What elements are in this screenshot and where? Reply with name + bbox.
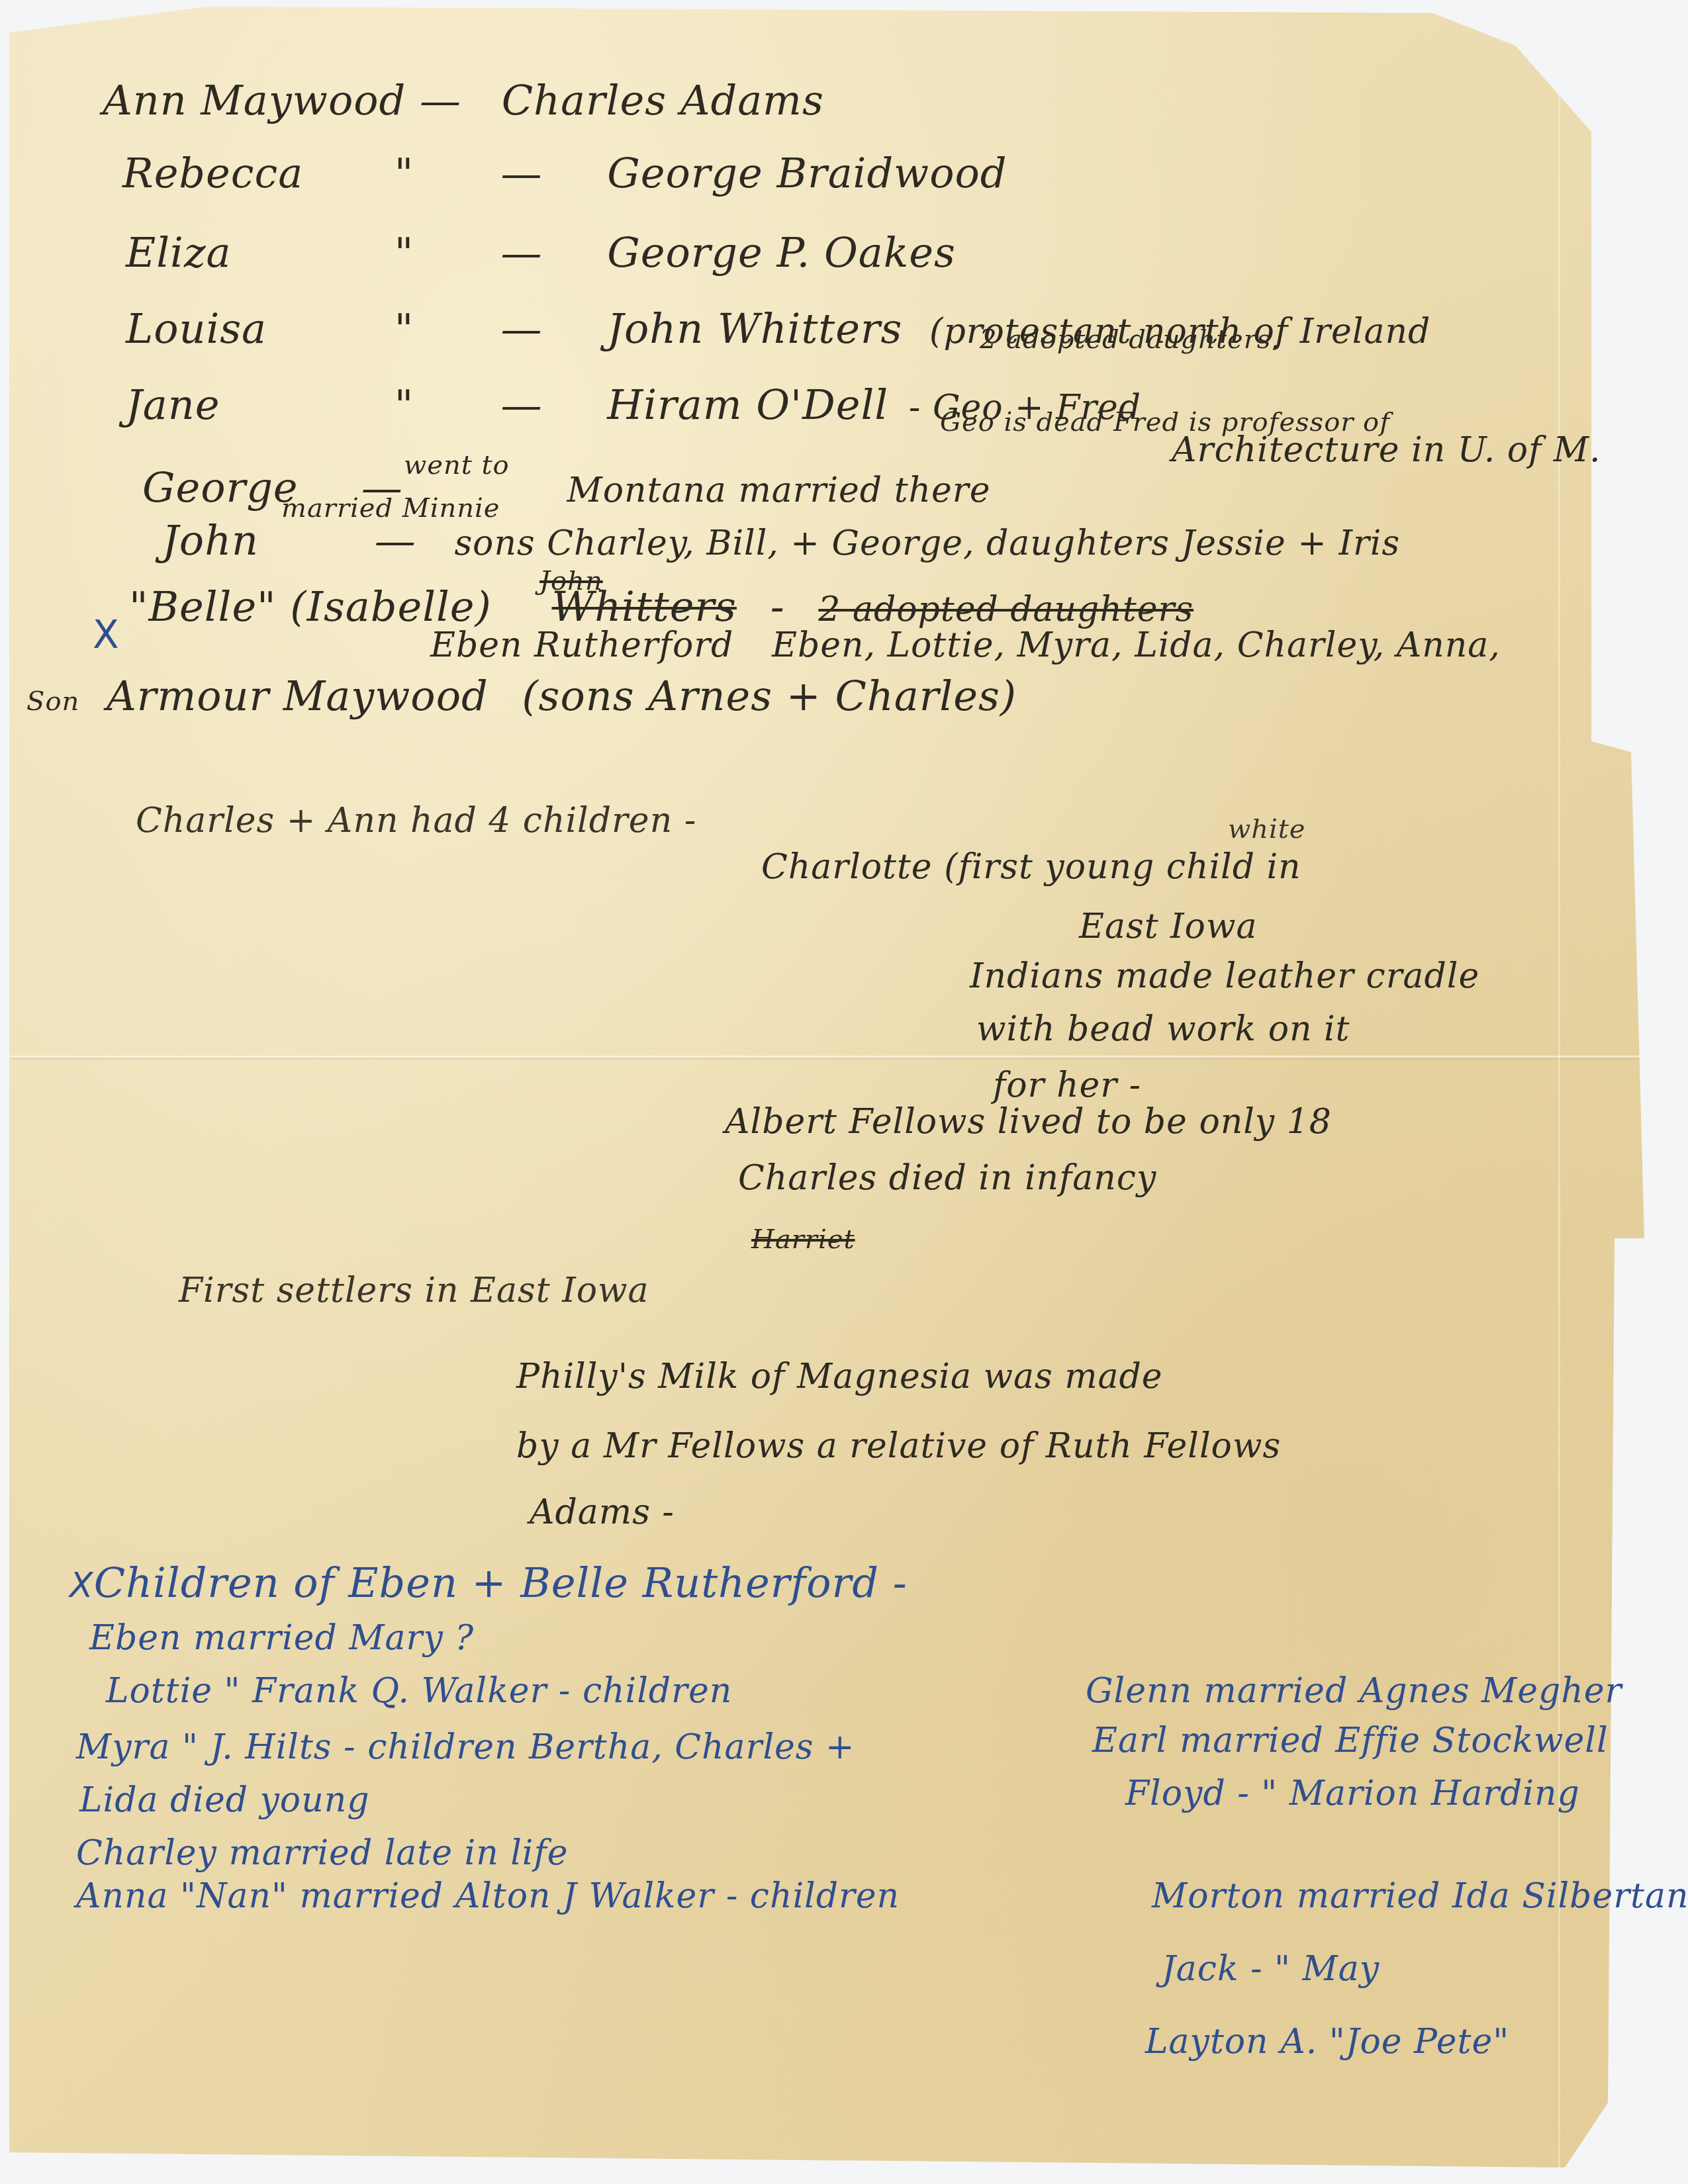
dash: —	[500, 381, 593, 429]
sibling-line: George — Montana married there	[142, 463, 990, 512]
magnesia-line-3: Adams -	[530, 1492, 675, 1532]
insert-white: white	[1228, 814, 1306, 844]
note: (sons Arnes + Charles)	[522, 672, 1017, 720]
ditto-mark: "	[395, 381, 487, 429]
rutherford-heading: XChildren of Eben + Belle Rutherford -	[70, 1559, 908, 1607]
note-architecture: Architecture in U. of M.	[1172, 430, 1601, 470]
lottie-child: Earl married Effie Stockwell	[1092, 1721, 1609, 1760]
sibling-line: John — sons Charley, Bill, + George, dau…	[162, 516, 1400, 565]
dash: —	[500, 228, 593, 277]
rutherford-line: Eben Rutherford Eben, Lottie, Myra, Lida…	[430, 625, 1501, 665]
charles-ann-heading: Charles + Ann had 4 children -	[136, 801, 696, 841]
sibling-name: Eliza	[126, 228, 381, 277]
spouse-name: John Whitters	[607, 304, 902, 353]
ditto-mark: "	[395, 304, 487, 353]
sibling-name: Armour Maywood	[107, 672, 489, 720]
sibling-name: Jane	[126, 381, 381, 429]
magnesia-line-1: Philly's Milk of Magnesia was made	[516, 1357, 1163, 1396]
ditto-mark: "	[395, 149, 487, 197]
charlotte-line-5: for her -	[993, 1066, 1141, 1105]
sibling-line: Eliza " — George P. Oakes	[126, 228, 956, 277]
son-label: Son	[26, 686, 79, 717]
first-settlers-line: First settlers in East Iowa	[179, 1271, 649, 1310]
spouse-name: George Braidwood	[607, 149, 1007, 197]
sibling-line: Ann Maywood — Charles Adams	[103, 76, 824, 124]
x-marker-icon: X	[70, 1566, 94, 1606]
magnesia-line-2: by a Mr Fellows a relative of Ruth Fello…	[516, 1426, 1281, 1466]
dash: -	[771, 582, 785, 631]
charlotte-line-3: Indians made leather cradle	[970, 956, 1479, 996]
charles-line: Charles died in infancy	[738, 1158, 1156, 1198]
spouse-name: Eben Rutherford	[430, 625, 733, 665]
sibling-name: Ann Maywood	[103, 76, 406, 124]
eben-line: Eben married Mary ?	[89, 1618, 474, 1658]
sibling-line: Rebecca " — George Braidwood	[122, 149, 1008, 197]
anna-child: Morton married Ida Silbertan	[1152, 1876, 1688, 1916]
spouse-name: George P. Oakes	[607, 228, 956, 277]
ditto-mark: "	[395, 228, 487, 277]
dash: —	[500, 304, 593, 353]
albert-line: Albert Fellows lived to be only 18	[725, 1102, 1332, 1142]
dash: —	[375, 516, 441, 565]
sibling-name: "Belle" (Isabelle)	[129, 582, 492, 631]
myra-line: Myra " J. Hilts - children Bertha, Charl…	[76, 1727, 855, 1767]
anna-line: Anna "Nan" married Alton J Walker - chil…	[76, 1876, 900, 1916]
spouse-name: Charles Adams	[502, 76, 824, 124]
x-marker-icon: X	[93, 612, 119, 657]
anna-child: Jack - " May	[1162, 1949, 1380, 1989]
note: sons Charley, Bill, + George, daughters …	[454, 523, 1400, 563]
sibling-line: Son Armour Maywood (sons Arnes + Charles…	[26, 672, 1017, 720]
sibling-name: Rebecca	[122, 149, 381, 197]
struck-text: 2 adopted daughters	[818, 590, 1194, 629]
lottie-child: Floyd - " Marion Harding	[1125, 1774, 1580, 1813]
anna-child: Layton A. "Joe Pete"	[1145, 2022, 1509, 2062]
lottie-line: Lottie " Frank Q. Walker - children	[106, 1671, 732, 1711]
dash: —	[420, 76, 461, 124]
sibling-line: "Belle" (Isabelle) Whitters - 2 adopted …	[129, 582, 1194, 631]
struck-text: Whitters	[551, 582, 736, 631]
fold-crease-vertical	[1558, 7, 1560, 2167]
dash: —	[500, 149, 593, 197]
note-adopted-daughters: 2 adopted daughters.	[980, 324, 1280, 355]
charley-line: Charley married late in life	[76, 1833, 568, 1873]
charlotte-line-2: East Iowa	[1079, 907, 1257, 946]
struck-harriet: Harriet	[751, 1224, 855, 1255]
lida-line: Lida died young	[79, 1780, 369, 1820]
charlotte-line: Charlotte (first young child in	[761, 847, 1301, 887]
spouse-name: Hiram O'Dell	[607, 381, 888, 429]
sibling-name: Louisa	[126, 304, 381, 353]
charlotte-line-4: with bead work on it	[976, 1009, 1350, 1049]
children-list: Eben, Lottie, Myra, Lida, Charley, Anna,	[772, 625, 1501, 665]
fold-crease	[9, 1056, 1664, 1058]
rutherford-heading-text: Children of Eben + Belle Rutherford -	[94, 1559, 908, 1607]
sibling-name: John	[162, 516, 361, 565]
lottie-child: Glenn married Agnes Megher	[1086, 1671, 1622, 1711]
note: Montana married there	[567, 471, 990, 510]
